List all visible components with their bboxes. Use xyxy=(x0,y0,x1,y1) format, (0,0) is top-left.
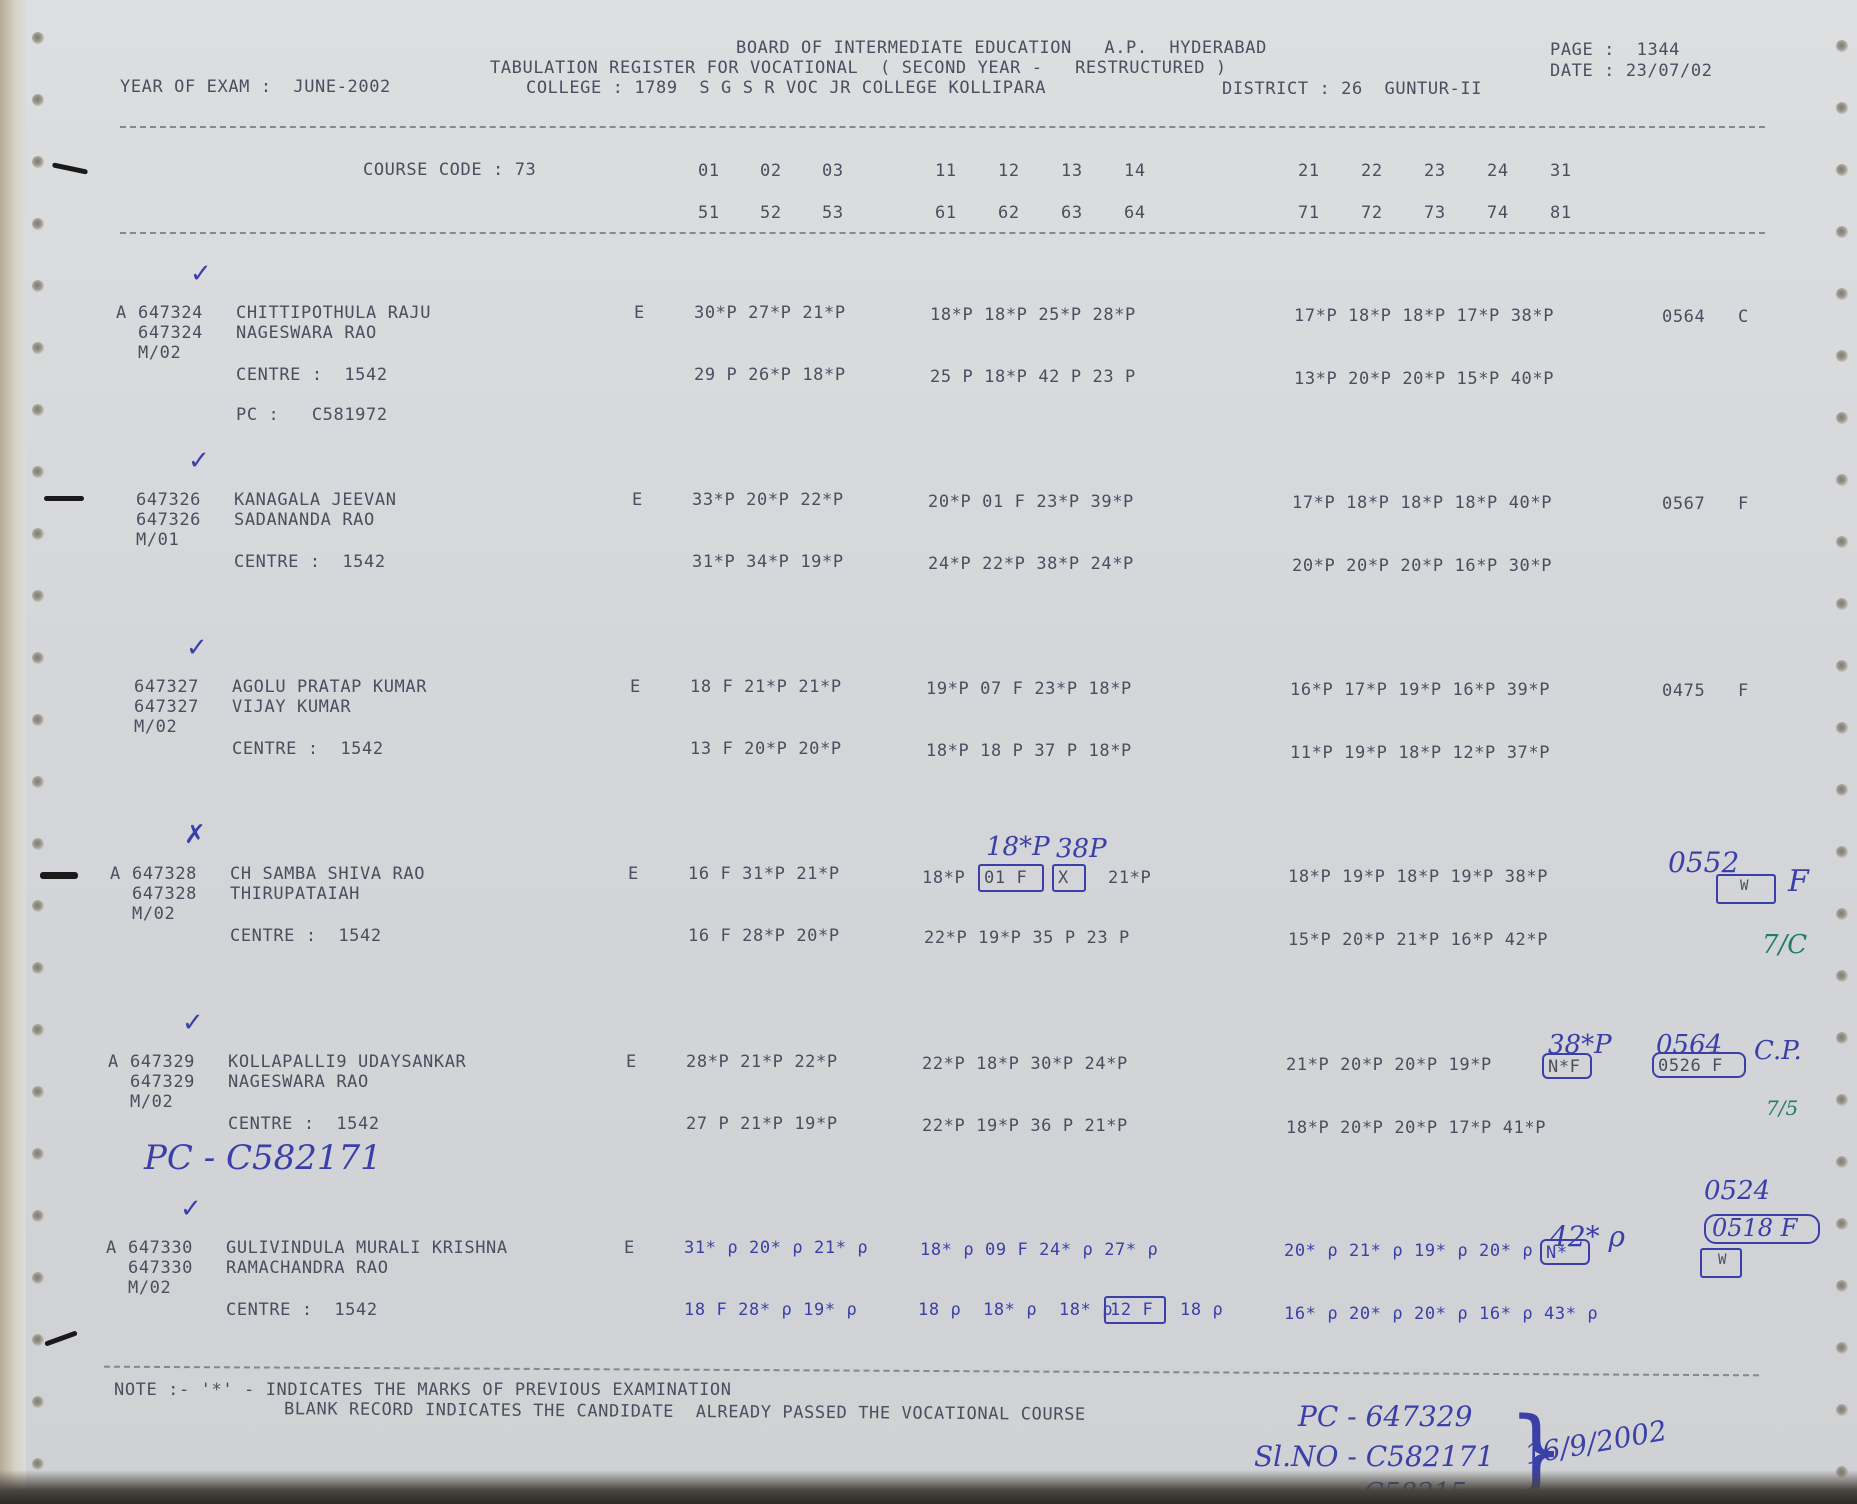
marks-group-b: 18*P 18 P 37 P 18*P xyxy=(926,741,1132,761)
handwritten-result: C.P. xyxy=(1754,1036,1802,1066)
hall-ticket-number: 647324 xyxy=(138,303,203,323)
marks-group-c: 16* ρ 20* ρ 20* ρ 16* ρ 43* ρ xyxy=(1284,1304,1598,1324)
marks-group-a: 27 P 21*P 19*P xyxy=(686,1114,838,1134)
subject-column-code: 81 xyxy=(1550,203,1572,223)
subject-column-code: 31 xyxy=(1550,161,1572,181)
registration-number: 647327 xyxy=(134,697,199,717)
registration-number: 647329 xyxy=(130,1072,195,1092)
candidate-name: AGOLU PRATAP KUMAR xyxy=(232,677,427,697)
check-mark-icon: ✓ xyxy=(186,633,208,663)
father-name: VIJAY KUMAR xyxy=(232,697,351,717)
hall-ticket-number: 647328 xyxy=(132,864,197,884)
handwritten-note: 7/C xyxy=(1762,930,1807,960)
tractor-feed-hole xyxy=(32,466,44,478)
subject-column-code: 53 xyxy=(822,203,844,223)
marks-group-c: 17*P 18*P 18*P 18*P 40*P xyxy=(1292,493,1552,513)
marks-group-c: 20* ρ 21* ρ 19* ρ 20* ρ xyxy=(1284,1241,1533,1261)
registration-number: 647324 xyxy=(138,323,203,343)
tractor-feed-hole xyxy=(1836,474,1848,486)
subject-column-code: 14 xyxy=(1124,161,1146,181)
tractor-feed-hole xyxy=(1836,598,1848,610)
margin-mark xyxy=(44,496,84,501)
medium-code: M/02 xyxy=(132,904,175,924)
correction-box xyxy=(1704,1214,1820,1244)
divider xyxy=(120,232,1765,234)
tractor-feed-hole xyxy=(32,776,44,788)
subject-column-code: 73 xyxy=(1424,203,1446,223)
marks-group-c: 21*P 20*P 20*P 19*P xyxy=(1286,1055,1492,1075)
marks-group-c: 11*P 19*P 18*P 12*P 37*P xyxy=(1290,743,1550,763)
tractor-feed-hole xyxy=(1836,1280,1848,1292)
tractor-feed-hole xyxy=(1836,1156,1848,1168)
subject-column-code: 62 xyxy=(998,203,1020,223)
tractor-feed-hole xyxy=(1836,412,1848,424)
father-name: NAGESWARA RAO xyxy=(228,1072,369,1092)
candidate-flag: A xyxy=(116,303,127,323)
subject-column-code: 21 xyxy=(1298,161,1320,181)
marks-group-c: 13*P 20*P 20*P 15*P 40*P xyxy=(1294,369,1554,389)
marks-group-b: 20*P 01 F 23*P 39*P xyxy=(928,492,1134,512)
candidate-name: CHITTIPOTHULA RAJU xyxy=(236,303,431,323)
marks-group-b: 24*P 22*P 38*P 24*P xyxy=(928,554,1134,574)
tractor-feed-hole xyxy=(32,280,44,292)
tractor-feed-hole xyxy=(1836,1094,1848,1106)
result-code: F xyxy=(1738,681,1749,701)
subject-column-code: 52 xyxy=(760,203,782,223)
exam-centre: CENTRE : 1542 xyxy=(236,365,388,385)
marks-group-b: 18 ρ xyxy=(1180,1300,1223,1320)
grand-total: 0567 xyxy=(1662,494,1705,514)
subject-column-code: 23 xyxy=(1424,161,1446,181)
handwritten-correction: 38*P xyxy=(1548,1030,1612,1060)
handwritten-footer-pc: PC - 647329 xyxy=(1298,1400,1472,1433)
marks-group-c: 18*P 20*P 20*P 17*P 41*P xyxy=(1286,1118,1546,1138)
tractor-feed-hole xyxy=(32,838,44,850)
note-line-2: BLANK RECORD INDICATES THE CANDIDATE ALR… xyxy=(284,1399,1086,1425)
candidate-name: KANAGALA JEEVAN xyxy=(234,490,397,510)
grand-total: 0475 xyxy=(1662,681,1705,701)
marks-group-b: 18*P xyxy=(922,868,965,888)
language-code: E xyxy=(630,677,641,697)
withheld-box xyxy=(1700,1248,1742,1278)
candidate-flag: A xyxy=(106,1238,117,1258)
hall-ticket-number: 647326 xyxy=(136,490,201,510)
subject-column-code: 63 xyxy=(1061,203,1083,223)
tractor-feed-hole xyxy=(32,1272,44,1284)
tractor-feed-hole xyxy=(32,156,44,168)
tractor-feed-hole xyxy=(1836,40,1848,52)
tractor-feed-hole xyxy=(1836,350,1848,362)
result-code: F xyxy=(1738,494,1749,514)
subject-column-code: 22 xyxy=(1361,161,1383,181)
correction-box xyxy=(978,864,1044,892)
tractor-feed-hole xyxy=(32,1396,44,1408)
handwritten-footer-slno: Sl.NO - C582171 xyxy=(1254,1440,1494,1473)
tractor-feed-hole xyxy=(1836,784,1848,796)
binding-edge xyxy=(0,0,26,1504)
exam-centre: CENTRE : 1542 xyxy=(234,552,386,572)
marks-group-c: 18*P 19*P 18*P 19*P 38*P xyxy=(1288,867,1548,887)
subject-column-code: 51 xyxy=(698,203,720,223)
marks-group-c: 16*P 17*P 19*P 16*P 39*P xyxy=(1290,680,1550,700)
divider xyxy=(104,1366,1759,1377)
tractor-feed-hole xyxy=(32,94,44,106)
subject-column-code: 13 xyxy=(1061,161,1083,181)
subject-column-code: 71 xyxy=(1298,203,1320,223)
hall-ticket-number: 647327 xyxy=(134,677,199,697)
hall-ticket-number: 647329 xyxy=(130,1052,195,1072)
marks-group-c: 17*P 18*P 18*P 17*P 38*P xyxy=(1294,306,1554,326)
marks-group-a: 30*P 27*P 21*P xyxy=(694,303,846,323)
medium-code: M/02 xyxy=(134,717,177,737)
subject-column-code: 11 xyxy=(935,161,957,181)
handwritten-correction: 42* ρ xyxy=(1550,1220,1625,1253)
check-mark-icon: ✓ xyxy=(188,446,210,476)
marks-group-a: 31* ρ 20* ρ 21* ρ xyxy=(684,1238,868,1258)
subject-column-code: 01 xyxy=(698,161,720,181)
page-edge-shadow xyxy=(0,1470,1857,1504)
tractor-feed-hole xyxy=(1836,908,1848,920)
tractor-feed-hole xyxy=(32,342,44,354)
marks-group-c: 20*P 20*P 20*P 16*P 30*P xyxy=(1292,556,1552,576)
check-mark-icon: ✓ xyxy=(180,1194,202,1224)
handwritten-pc-number: PC - C582171 xyxy=(144,1138,382,1178)
college-info: COLLEGE : 1789 S G S R VOC JR COLLEGE KO… xyxy=(526,78,1046,98)
tractor-feed-hole xyxy=(1836,970,1848,982)
tractor-feed-hole xyxy=(32,962,44,974)
tractor-feed-hole xyxy=(32,1024,44,1036)
margin-mark xyxy=(44,1330,78,1346)
handwritten-note: 7/5 xyxy=(1766,1096,1798,1120)
tractor-feed-hole xyxy=(32,32,44,44)
tractor-feed-hole xyxy=(1836,226,1848,238)
tractor-feed-hole xyxy=(1836,1342,1848,1354)
medium-code: M/02 xyxy=(130,1092,173,1112)
marks-group-b: 18 ρ 18* ρ 18* ρ xyxy=(918,1300,1113,1320)
marks-group-b: 25 P 18*P 42 P 23 P xyxy=(930,367,1136,387)
tractor-feed-hole xyxy=(32,714,44,726)
tractor-feed-hole xyxy=(1836,1404,1848,1416)
pc-number: PC : C581972 xyxy=(236,405,388,425)
exam-centre: CENTRE : 1542 xyxy=(232,739,384,759)
handwritten-total: 0564 xyxy=(1656,1030,1722,1060)
language-code: E xyxy=(626,1052,637,1072)
tractor-feed-hole xyxy=(32,528,44,540)
marks-group-a: 29 P 26*P 18*P xyxy=(694,365,846,385)
marks-group-a: 18 F 21*P 21*P xyxy=(690,677,842,697)
candidate-name: GULIVINDULA MURALI KRISHNA xyxy=(226,1238,508,1258)
registration-number: 647328 xyxy=(132,884,197,904)
marks-group-b: 21*P xyxy=(1108,868,1151,888)
candidate-flag: A xyxy=(110,864,121,884)
tractor-feed-hole xyxy=(1836,536,1848,548)
tractor-feed-hole xyxy=(32,652,44,664)
board-title: BOARD OF INTERMEDIATE EDUCATION A.P. HYD… xyxy=(736,38,1267,58)
correction-box xyxy=(1104,1296,1166,1324)
subject-column-code: 03 xyxy=(822,161,844,181)
candidate-name: CH SAMBA SHIVA RAO xyxy=(230,864,425,884)
exam-centre: CENTRE : 1542 xyxy=(230,926,382,946)
marks-group-b: 18*P 18*P 25*P 28*P xyxy=(930,305,1136,325)
tractor-feed-hole xyxy=(1836,1218,1848,1230)
handwritten-result: F xyxy=(1788,864,1809,899)
divider xyxy=(120,126,1765,128)
tractor-feed-hole xyxy=(32,404,44,416)
marks-group-a: 16 F 28*P 20*P xyxy=(688,926,840,946)
tractor-feed-hole xyxy=(1836,288,1848,300)
check-mark-icon: ✓ xyxy=(190,259,212,289)
medium-code: M/02 xyxy=(138,343,181,363)
marks-group-a: 31*P 34*P 19*P xyxy=(692,552,844,572)
margin-mark xyxy=(40,872,78,879)
registration-number: 647330 xyxy=(128,1258,193,1278)
subject-column-code: 64 xyxy=(1124,203,1146,223)
subject-column-code: 61 xyxy=(935,203,957,223)
medium-code: M/01 xyxy=(136,530,179,550)
course-code: COURSE CODE : 73 xyxy=(363,160,536,180)
language-code: E xyxy=(634,303,645,323)
marks-group-b: 22*P 18*P 30*P 24*P xyxy=(922,1054,1128,1074)
tractor-feed-hole xyxy=(1836,164,1848,176)
subject-column-code: 24 xyxy=(1487,161,1509,181)
medium-code: M/02 xyxy=(128,1278,171,1298)
margin-mark xyxy=(52,162,88,174)
marks-group-a: 18 F 28* ρ 19* ρ xyxy=(684,1300,857,1320)
tractor-feed-hole xyxy=(1836,1032,1848,1044)
subject-column-code: 02 xyxy=(760,161,782,181)
handwritten-correction: 38P xyxy=(1056,834,1107,864)
marks-group-a: 28*P 21*P 22*P xyxy=(686,1052,838,1072)
tractor-feed-hole xyxy=(1836,846,1848,858)
exam-centre: CENTRE : 1542 xyxy=(228,1114,380,1134)
registration-number: 647326 xyxy=(136,510,201,530)
handwritten-correction: 18*P xyxy=(986,832,1050,862)
tractor-feed-hole xyxy=(32,1148,44,1160)
result-code: C xyxy=(1738,307,1749,327)
language-code: E xyxy=(628,864,639,884)
page-number: PAGE : 1344 xyxy=(1550,40,1680,60)
tractor-feed-hole xyxy=(32,1086,44,1098)
print-date: DATE : 23/07/02 xyxy=(1550,61,1713,81)
father-name: NAGESWARA RAO xyxy=(236,323,377,343)
subject-column-code: 12 xyxy=(998,161,1020,181)
marks-group-b: 22*P 19*P 36 P 21*P xyxy=(922,1116,1128,1136)
cross-mark-icon: ✗ xyxy=(184,820,206,850)
year-of-exam: YEAR OF EXAM : JUNE-2002 xyxy=(120,77,391,97)
tractor-feed-hole xyxy=(32,1334,44,1346)
tractor-feed-hole xyxy=(32,218,44,230)
register-title: TABULATION REGISTER FOR VOCATIONAL ( SEC… xyxy=(490,58,1227,78)
marks-group-b: 22*P 19*P 35 P 23 P xyxy=(924,928,1130,948)
marks-group-a: 16 F 31*P 21*P xyxy=(688,864,840,884)
marks-group-c: 15*P 20*P 21*P 16*P 42*P xyxy=(1288,930,1548,950)
note-line-1: NOTE :- '*' - INDICATES THE MARKS OF PRE… xyxy=(114,1380,732,1400)
exam-centre: CENTRE : 1542 xyxy=(226,1300,378,1320)
register-sheet: YEAR OF EXAM : JUNE-2002 BOARD OF INTERM… xyxy=(0,0,1857,1504)
district-info: DISTRICT : 26 GUNTUR-II xyxy=(1222,79,1482,99)
tractor-feed-hole xyxy=(1836,660,1848,672)
father-name: THIRUPATAIAH xyxy=(230,884,360,904)
tractor-feed-hole xyxy=(1836,722,1848,734)
tractor-feed-hole xyxy=(32,590,44,602)
father-name: SADANANDA RAO xyxy=(234,510,375,530)
marks-group-a: 33*P 20*P 22*P xyxy=(692,490,844,510)
father-name: RAMACHANDRA RAO xyxy=(226,1258,389,1278)
language-code: E xyxy=(632,490,643,510)
handwritten-total: 0552 xyxy=(1668,846,1739,879)
correction-box xyxy=(1052,864,1086,892)
marks-group-b: 19*P 07 F 23*P 18*P xyxy=(926,679,1132,699)
grand-total: 0564 xyxy=(1662,307,1705,327)
marks-group-a: 13 F 20*P 20*P xyxy=(690,739,842,759)
tractor-feed-hole xyxy=(32,1210,44,1222)
candidate-name: KOLLAPALLI9 UDAYSANKAR xyxy=(228,1052,466,1072)
subject-column-code: 74 xyxy=(1487,203,1509,223)
check-mark-icon: ✓ xyxy=(182,1008,204,1038)
candidate-flag: A xyxy=(108,1052,119,1072)
marks-group-b: 18* ρ 09 F 24* ρ 27* ρ xyxy=(920,1240,1158,1260)
tractor-feed-hole xyxy=(1836,102,1848,114)
tractor-feed-hole xyxy=(32,900,44,912)
tractor-feed-hole xyxy=(32,1458,44,1470)
handwritten-total: 0524 xyxy=(1704,1176,1770,1206)
subject-column-code: 72 xyxy=(1361,203,1383,223)
language-code: E xyxy=(624,1238,635,1258)
hall-ticket-number: 647330 xyxy=(128,1238,193,1258)
